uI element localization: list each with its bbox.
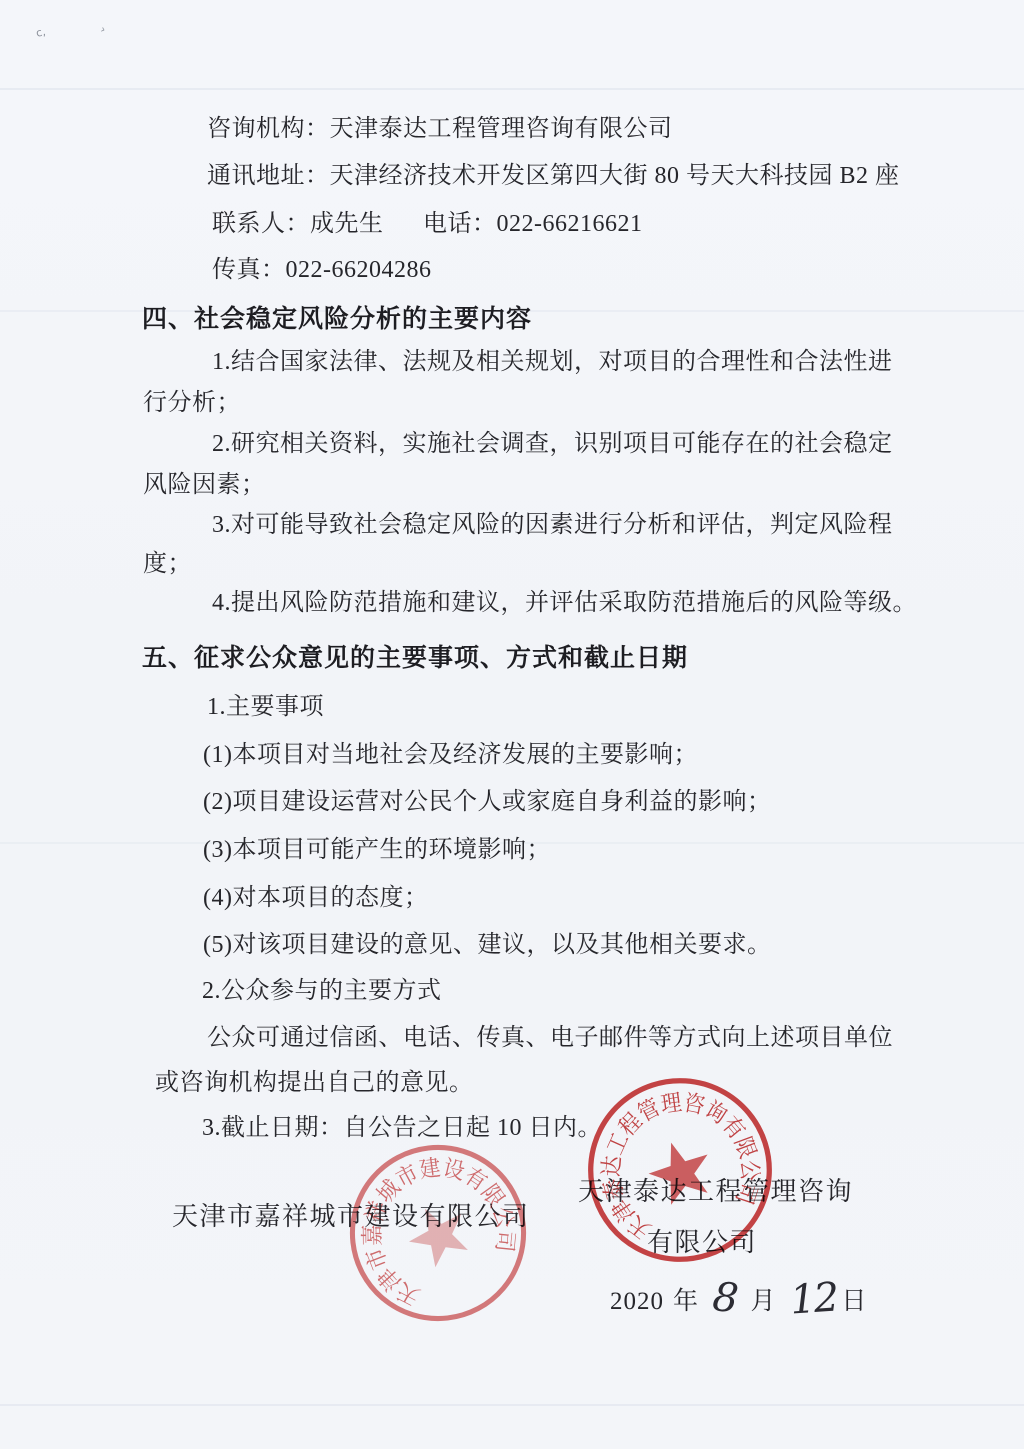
date-line: 2020 年 8 月 12 日 [610,1281,867,1317]
section4-item3-line2: 度； [143,551,192,579]
section4-item3-line1: 3.对可能导致社会稳定风险的因素进行分析和评估，判定风险程 [212,512,893,540]
deadline-line: 3.截止日期：自公告之日起 10 日内。 [202,1115,602,1143]
right-company-seal: 天津泰达工程管理咨询有限公司 [558,1045,802,1295]
matter-2: (2)项目建设运营对公民个人或家庭自身利益的影响； [203,789,771,817]
matter-4: (4)对本项目的态度； [203,885,428,913]
section4-item2-line1: 2.研究相关资料，实施社会调查，识别项目可能存在的社会稳定 [212,431,893,459]
date-year-unit: 年 [673,1281,699,1317]
method-line2: 或咨询机构提出自己的意见。 [155,1070,474,1098]
contact-phone: 电话：022-66216621 [423,211,643,239]
handwritten-day: 12 [791,1297,838,1300]
matter-3: (3)本项目可能产生的环境影响； [203,837,551,865]
section4-item1-line2: 行分析； [143,390,241,418]
contact-fax: 传真：022-66204286 [212,257,432,285]
section4-item1-line1: 1.结合国家法律、法规及相关规划，对项目的合理性和合法性进 [212,349,893,377]
matter-5: (5)对该项目建设的意见、建议，以及其他相关要求。 [203,932,771,960]
section5-sub1: 1.主要事项 [207,694,324,722]
contact-person: 联系人：成先生 [212,211,384,239]
scanned-document-page: c, › 咨询机构：天津泰达工程管理咨询有限公司 通讯地址：天津经济技术开发区第… [0,0,1024,1449]
method-line1: 公众可通过信函、电话、传真、电子邮件等方式向上述项目单位 [207,1025,893,1053]
scanner-speck: › [99,23,108,37]
scan-streak [0,88,1024,90]
scan-streak [0,1404,1024,1406]
section4-item2-line2: 风险因素； [143,472,266,500]
section5-heading: 五、征求公众意见的主要事项、方式和截止日期 [142,645,688,674]
section4-item4: 4.提出风险防范措施和建议，并评估采取防范措施后的风险等级。 [212,590,917,618]
left-company-seal: 天津市嘉祥城市建设有限公司 [307,1105,570,1361]
matter-1: (1)本项目对当地社会及经济发展的主要影响； [203,742,698,770]
section4-heading: 四、社会稳定风险分析的主要内容 [142,306,532,335]
date-month-unit: 月 [750,1281,776,1317]
star-icon [642,1133,719,1208]
handwritten-month: 8 [713,1297,736,1299]
scanner-speck: c, [35,25,47,40]
section5-sub2: 2.公众参与的主要方式 [202,978,442,1006]
star-icon [399,1195,478,1273]
date-day-unit: 日 [841,1281,867,1317]
consult-org-line: 咨询机构：天津泰达工程管理咨询有限公司 [207,116,673,144]
address-line: 通讯地址：天津经济技术开发区第四大街 80 号天大科技园 B2 座 [207,163,900,191]
